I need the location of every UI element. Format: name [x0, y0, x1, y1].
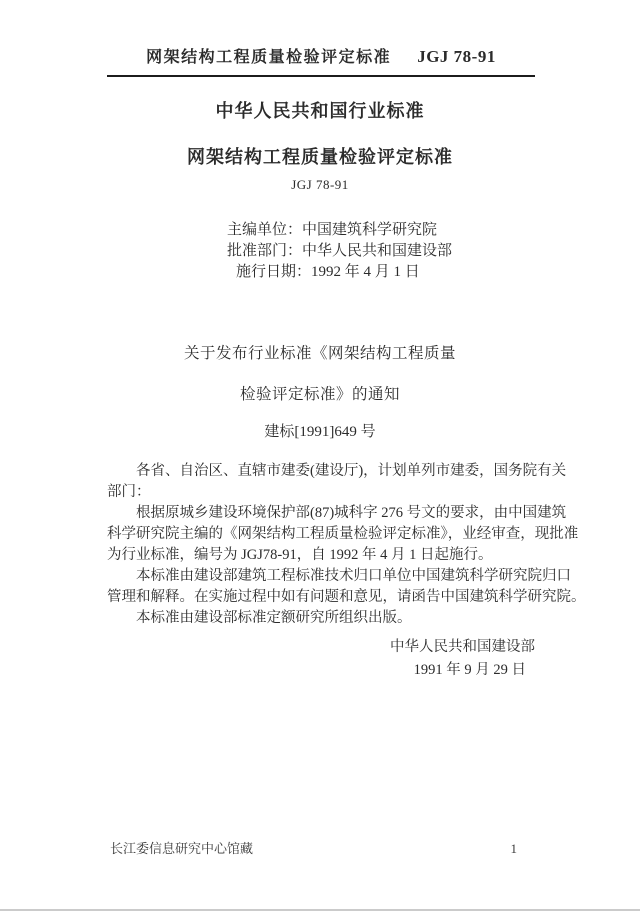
approval-department-line: 批准部门：中华人民共和国建设部: [227, 241, 452, 262]
publication-info: 主编单位：中国建筑科学研究院 批准部门：中华人民共和国建设部 施行日期：1992…: [227, 220, 452, 283]
signature-block: 中华人民共和国建设部 1991 年 9 月 29 日: [107, 636, 535, 682]
library-stamp: 长江委信息研究中心馆藏: [110, 838, 253, 857]
scan-edge-line: [0, 909, 640, 911]
header-rule: [107, 75, 535, 77]
notice-body: 各省、自治区、直辖市建委(建设厅)，计划单列市建委，国务院有关 部门： 根据原城…: [107, 461, 539, 629]
body-line: 根据原城乡建设环境保护部(87)城科字 276 号文的要求，由中国建筑: [107, 503, 539, 524]
page-number: 1: [511, 841, 518, 857]
standard-code: JGJ 78-91: [0, 177, 640, 193]
body-line: 本标准由建设部标准定额研究所组织出版。: [107, 608, 539, 629]
running-header: 网架结构工程质量检验评定标准 JGJ 78-91: [107, 44, 535, 67]
running-header-code: JGJ 78-91: [417, 47, 496, 67]
body-line: 各省、自治区、直辖市建委(建设厅)，计划单列市建委，国务院有关: [107, 461, 539, 482]
body-line: 管理和解释。在实施过程中如有问题和意见，请函告中国建筑科学研究院。: [107, 587, 539, 608]
signature-organization: 中华人民共和国建设部: [107, 636, 535, 659]
notice-document-number: 建标[1991]649 号: [0, 420, 640, 441]
standard-name-title: 网架结构工程质量检验评定标准: [0, 143, 640, 169]
chief-editor-line: 主编单位：中国建筑科学研究院: [227, 220, 452, 241]
page-footer: 长江委信息研究中心馆藏 1: [110, 838, 535, 857]
body-line: 部门：: [107, 482, 539, 503]
notice-title-line1: 关于发布行业标准《网架结构工程质量: [0, 341, 640, 363]
body-line: 本标准由建设部建筑工程标准技术归口单位中国建筑科学研究院归口: [107, 566, 539, 587]
standard-category-title: 中华人民共和国行业标准: [0, 97, 640, 123]
notice-title-line2: 检验评定标准》的通知: [0, 382, 640, 404]
running-header-title: 网架结构工程质量检验评定标准: [146, 44, 391, 67]
body-line: 科学研究院主编的《网架结构工程质量检验评定标准》，业经审查，现批准: [107, 524, 539, 545]
signature-date: 1991 年 9 月 29 日: [107, 659, 535, 682]
document-page: 网架结构工程质量检验评定标准 JGJ 78-91 中华人民共和国行业标准 网架结…: [0, 0, 640, 915]
effective-date-line: 施行日期：1992 年 4 月 1 日: [227, 262, 452, 283]
body-line: 为行业标准，编号为 JGJ78-91，自 1992 年 4 月 1 日起施行。: [107, 545, 539, 566]
